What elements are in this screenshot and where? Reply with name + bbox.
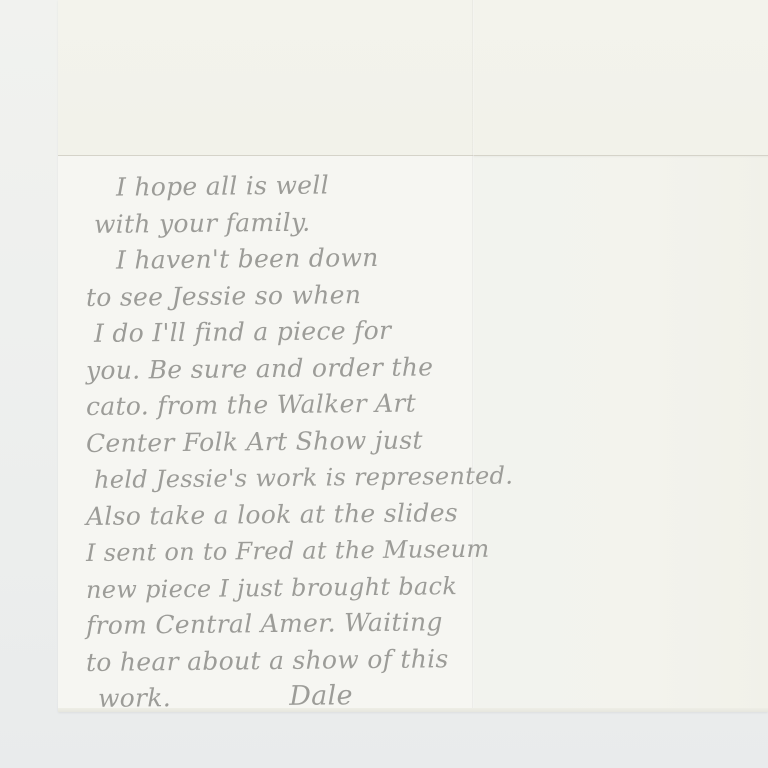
letter-line: from Central Amer. Waiting: [86, 604, 481, 645]
letter-line: work.: [98, 680, 171, 717]
letter-line: I hope all is well: [86, 166, 481, 207]
handwritten-letter: I hope all is well with your family. I h…: [86, 170, 481, 718]
photo-scene: I hope all is well with your family. I h…: [0, 0, 768, 768]
paper-top-fold-flap: [58, 0, 768, 156]
letter-sheet: I hope all is well with your family. I h…: [58, 0, 768, 712]
letter-line: I haven't been down: [86, 239, 481, 280]
letter-line: you. Be sure and order the: [86, 348, 481, 389]
letter-line: to hear about a show of this: [86, 640, 481, 681]
letter-line: Also take a look at the slides: [86, 494, 481, 535]
letter-line: cato. from the Walker Art: [86, 385, 481, 426]
letter-line: to see Jessie so when: [86, 275, 481, 316]
letter-closing-line: work. Dale: [86, 677, 481, 718]
signature: Dale: [289, 678, 353, 715]
letter-line: with your family.: [86, 202, 481, 243]
letter-line: I do I'll find a piece for: [86, 312, 481, 353]
letter-line: Center Folk Art Show just: [86, 421, 481, 462]
letter-line: held Jessie's work is represented.: [86, 458, 481, 499]
letter-line: I sent on to Fred at the Museum: [86, 531, 481, 572]
letter-line: new piece I just brought back: [86, 567, 481, 608]
